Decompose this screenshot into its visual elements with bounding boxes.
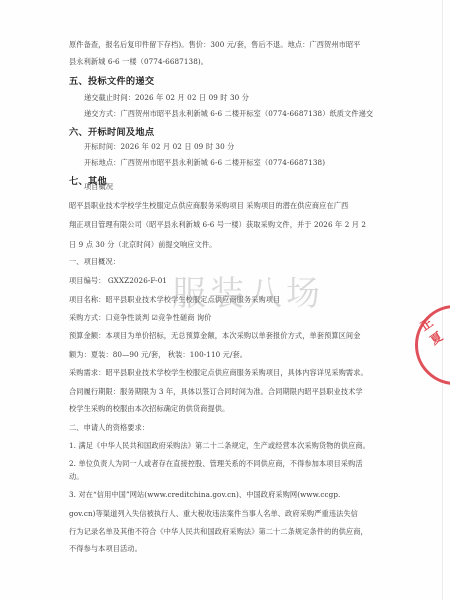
text-line: 二、申请人的资格要求： xyxy=(69,423,149,433)
text-line: 3. 对在“信用中国”网站(www.creditchina.gov.cn)、中国… xyxy=(69,490,340,500)
watermark: 服装八场 xyxy=(172,266,324,315)
text-line: 动。 xyxy=(69,472,84,482)
text-line: 1. 满足《中华人民共和国政府采购法》第二十二条规定，生产或经营本次采购货物的供… xyxy=(69,441,370,451)
text-line: 开标时间：2026 年 02 月 02 日 09 时 30 分 xyxy=(84,142,234,152)
text-line: 递交方式：广西贺州市昭平县永利新城 6-6 二楼开标室（0774-6687138… xyxy=(84,109,373,119)
text-line: 预算金额：本项目为单价招标，无总预算金额，本次采购以单套报价方式，单套预算区间金 xyxy=(69,331,361,341)
section-heading: 五、投标文件的递交 xyxy=(69,73,154,87)
text-line: 校学生采购的校服由本次招标确定的供货商提供。 xyxy=(69,404,229,414)
section-heading: 六、开标时间及地点 xyxy=(69,124,154,138)
text-line: 项目编号： GXXZ2026-F-01 xyxy=(69,276,167,286)
text-line: 县永利新城 6-6 一楼（0774-6687138)。 xyxy=(69,57,208,67)
text-line: 额为：夏装：80—90 元/套， 秋装：100-110 元/套。 xyxy=(69,350,247,360)
text-line: 递交截止时间：2026 年 02 月 02 日 09 时 30 分 xyxy=(84,93,249,103)
text-line: 一、项目概况： xyxy=(69,257,120,267)
text-line: 2. 单位负责人为同一人或者存在直接控股、管理关系的不同供应商，不得参加本项目采… xyxy=(69,459,363,469)
text-line: 翔正项目管理有限公司（昭平县永利新城 6-6 号一楼）获取采购文件，并于 202… xyxy=(69,220,366,230)
text-line: 原件备查，报名后复印件留下存档)。售价：300 元/套，售后不退。地点：广西贺州… xyxy=(69,40,360,50)
text-line: 不得参与本项目活动。 xyxy=(69,544,142,554)
text-line: 项目概况 xyxy=(84,182,113,192)
text-line: 昭平县职业技术学校学生校服定点供应商服务采购项目 采购项目的潜在供应商应在广西 xyxy=(69,201,348,211)
text-line: 采购需求：昭平县职业技术学校学生校服定点供应商服务采购项目，具体内容详见采购需求… xyxy=(69,368,368,378)
page-edge xyxy=(442,0,443,600)
text-line: gov.cn)等渠道列入失信被执行人、重大税收违法案件当事人名单、政府采购严重违… xyxy=(69,509,358,519)
text-line: 开标地点：广西贺州市昭平县永利新城 6-6 二楼开标室（0774-6687138… xyxy=(84,158,325,168)
text-line: 日 9 点 30 分（北京时间）前提交响应文件。 xyxy=(69,240,216,250)
text-line: 合同履行期限：服务期限为 3 年，具体以签订合同时间为准。合同期限内昭平县职业技… xyxy=(69,387,363,397)
text-line: 行为记录名单及其他不符合《中华人民共和国政府采购法》第二十二条规定条件的的供应商… xyxy=(69,527,368,537)
